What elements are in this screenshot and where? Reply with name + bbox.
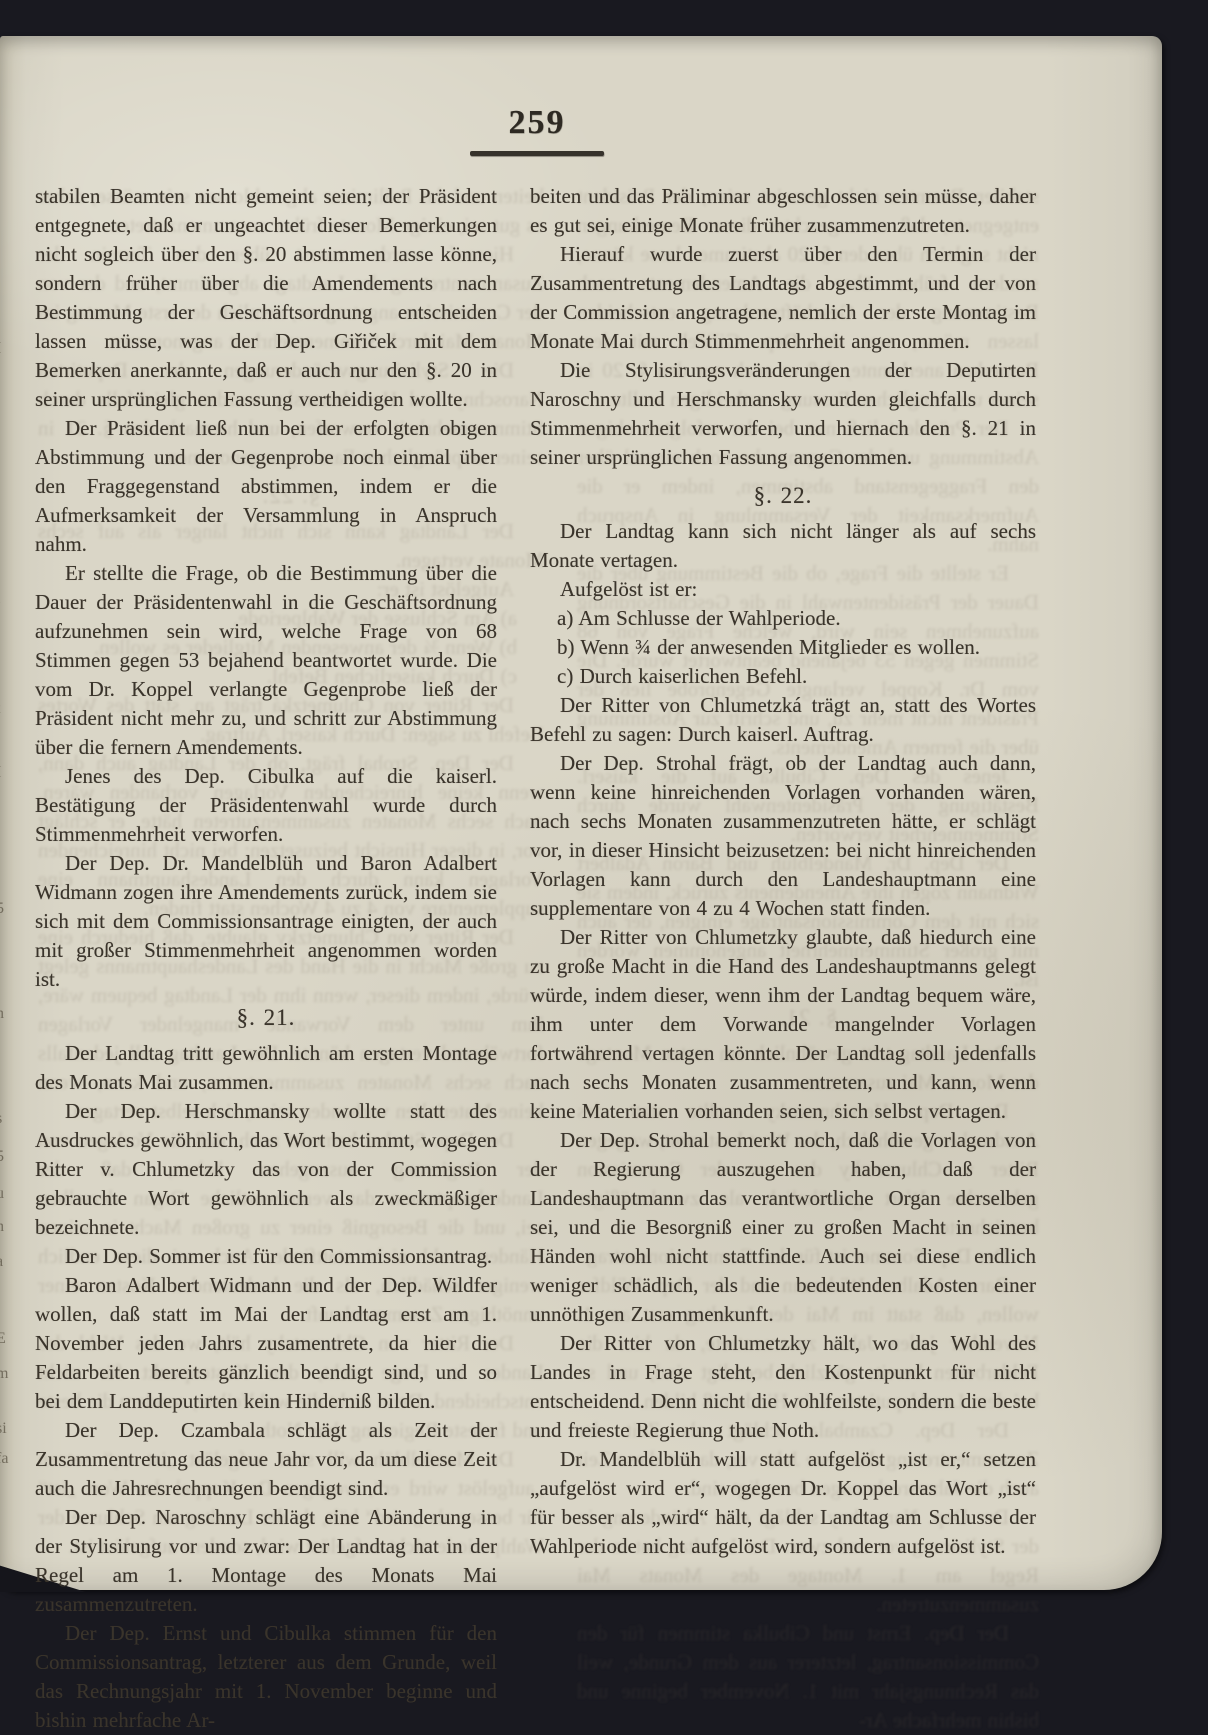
paragraph: Der Dep. Ernst und Cibulka stimmen für d…	[35, 1619, 497, 1634]
paragraph: Aufgelöst ist er:	[530, 575, 1036, 604]
gutter-fragment: fa	[0, 1450, 14, 1468]
paragraph: Der Ritter von Chlumetzky hält, wo das W…	[530, 1329, 1036, 1445]
paragraph: Der Dep. Strohal frägt, ob der Landtag a…	[530, 749, 1036, 923]
paragraph: b) Wenn ¾ der anwesenden Mitglieder es w…	[530, 633, 1036, 662]
gutter-fragment: n	[0, 1005, 14, 1023]
header-rule	[470, 151, 604, 156]
gutter-fragment: h	[0, 1218, 14, 1236]
gutter-fragment: l	[0, 590, 14, 608]
paragraph: Hierauf wurde zuerst über den Termin der…	[530, 240, 1036, 356]
gutter-fragment: u	[0, 1185, 14, 1203]
paragraph: c) Durch kaiserlichen Befehl.	[530, 662, 1036, 691]
page-head: 259	[35, 104, 1039, 156]
paragraph: Der Dep. Dr. Mandelblüh und Baron Adalbe…	[35, 849, 497, 994]
right-column: beiten und das Präliminar abgeschlossen …	[530, 182, 1036, 1634]
gutter-fragment: 5	[0, 1148, 14, 1166]
paragraph: beiten und das Präliminar abgeschlossen …	[530, 182, 1036, 240]
gutter-fragment: 5	[0, 900, 14, 918]
paragraph: Die Stylisirungsveränderungen der Deputi…	[530, 356, 1036, 472]
paragraph: Der Landtag kann sich nicht länger als a…	[530, 517, 1036, 575]
gutter-fragment: a	[0, 1253, 14, 1271]
gutter-fragment: E	[0, 1330, 14, 1348]
paragraph: Der Ritter von Chlumetzká trägt an, stat…	[530, 691, 1036, 749]
paragraph: Der Dep. Herschmansky wollte statt des A…	[35, 1097, 497, 1242]
paragraph: Der Landtag tritt gewöhnlich am ersten M…	[35, 1039, 497, 1097]
gutter-fragment: t	[0, 700, 14, 718]
gutter-fragment: s	[0, 1110, 14, 1128]
gutter-fragment: m	[0, 1365, 14, 1383]
book-page: 259 stabilen Beamten nicht gemeint seien…	[0, 36, 1162, 1590]
gutter-fragment: I	[0, 764, 14, 782]
paragraph: a) Am Schlusse der Wahlperiode.	[530, 604, 1036, 633]
paragraph: Dr. Mandelblüh will statt aufgelöst „ist…	[530, 1445, 1036, 1561]
paragraph: Der Ritter von Chlumetzky glaubte, daß h…	[530, 923, 1036, 1126]
paragraph: Er stellte die Frage, ob die Bestimmung …	[35, 559, 497, 762]
paragraph: Der Dep. Strohal bemerkt noch, daß die V…	[530, 1126, 1036, 1329]
paragraph: Der Präsident ließ nun bei der erfolgten…	[35, 414, 497, 559]
gutter-fragment: si	[0, 1420, 14, 1438]
paragraph: Jenes des Dep. Cibulka auf die kaiserl. …	[35, 762, 497, 849]
text-columns: stabilen Beamten nicht gemeint seien; de…	[35, 182, 1039, 1634]
paragraph: Der Dep. Sommer ist für den Commissionsa…	[35, 1242, 497, 1271]
section-heading: §. 22.	[530, 481, 1036, 510]
paragraph: Der Dep. Czambala schlägt als Zeit der Z…	[35, 1416, 497, 1503]
section-heading: §. 21.	[35, 1003, 497, 1032]
paragraph: Baron Adalbert Widmann und der Dep. Wild…	[35, 1271, 497, 1416]
paragraph: Der Dep. Naroschny schlägt eine Abänderu…	[35, 1503, 497, 1619]
gutter-fragment: I	[0, 340, 14, 358]
paragraph: stabilen Beamten nicht gemeint seien; de…	[35, 182, 497, 414]
page-number: 259	[35, 104, 1039, 142]
left-column: stabilen Beamten nicht gemeint seien; de…	[35, 182, 497, 1634]
